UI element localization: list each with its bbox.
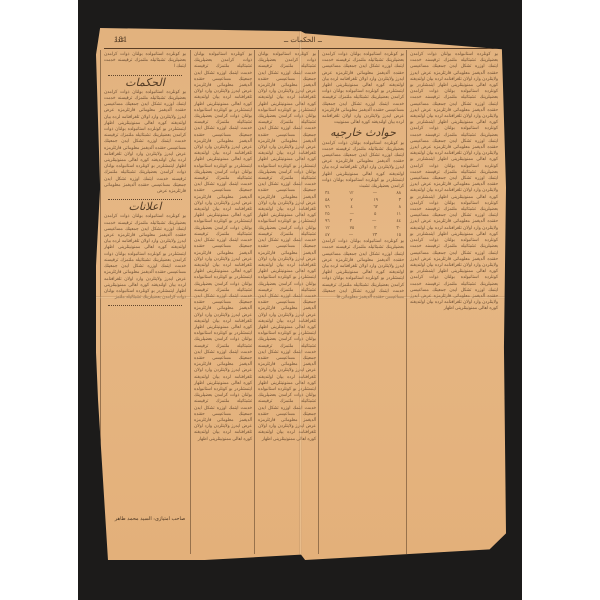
table-cell: ١٢ bbox=[325, 225, 330, 232]
publisher-signature: صاحب امتيازى: السيد محمد طاهر bbox=[110, 516, 190, 522]
horizontal-fold bbox=[96, 296, 506, 299]
table-row: ٥٨٧١٩٣ bbox=[325, 197, 401, 204]
column-1-text-bottom: بو كونلرده استانبولده بولنان ذوات كرامدن… bbox=[104, 214, 186, 301]
table-cell: ٤٤ bbox=[396, 218, 401, 225]
table-cell: ٧ bbox=[350, 197, 352, 204]
table-cell: ٣٠ bbox=[396, 225, 401, 232]
table-cell: ٣ bbox=[399, 197, 401, 204]
table-cell: ٢٥ bbox=[325, 211, 330, 218]
table-cell: ٦٢ bbox=[373, 204, 378, 211]
table-cell: ٣ bbox=[350, 218, 352, 225]
table-cell: ١٢ bbox=[349, 190, 354, 197]
table-row: ٩٦٣—٤٤ bbox=[325, 218, 401, 225]
column-4-content: بو كونلرده استانبولده بولنان ذوات كرامدن… bbox=[319, 50, 407, 558]
column-1-content: بو كونلرده استانبولده بولنان ذوات كرامدن… bbox=[101, 50, 189, 558]
table-cell: ٨٨ bbox=[396, 190, 401, 197]
heading-hikmet: الحكمات bbox=[104, 80, 186, 86]
column-4: بو كونلرده استانبولده بولنان ذوات كرامدن… bbox=[318, 50, 407, 554]
newspaper-page: ٤ لغتنامه ــ الحكمات ــ 181 عدد بو كونلر… bbox=[96, 28, 506, 560]
table-cell: ٢ bbox=[374, 225, 376, 232]
table-row: ٣٤١٢—٨٨ bbox=[325, 190, 401, 197]
table-cell: — bbox=[372, 218, 376, 225]
table-cell: ٧٥ bbox=[350, 225, 355, 232]
column-1-text-top: بو كونلرده استانبولده بولنان ذوات كرامدن… bbox=[104, 52, 186, 71]
table-cell: ١١ bbox=[396, 211, 401, 218]
table-cell: ٩٦ bbox=[325, 218, 330, 225]
dotted-divider bbox=[108, 305, 182, 306]
column-5: بو كونلرده استانبولده بولنان ذوات كرامدن… bbox=[406, 50, 501, 554]
column-1: بو كونلرده استانبولده بولنان ذوات كرامدن… bbox=[100, 50, 189, 554]
table-row: ٢٥—٥١١ bbox=[325, 211, 401, 218]
column-4-text-mid: بو كونلرده استانبولده بولنان ذوات كرامدن… bbox=[322, 141, 404, 191]
column-3-text: بو كونلرده استانبولده بولنان ذوات كرامدن… bbox=[255, 50, 319, 558]
column-1-text-mid: بو كونلرده استانبولده بولنان ذوات كرامدن… bbox=[104, 90, 186, 195]
column-2: بو كونلرده استانبولده بولنان ذوات كرامدن… bbox=[190, 50, 255, 554]
newspaper-title: ــ الحكمات ــ bbox=[284, 36, 322, 44]
table-cell: ٧٦ bbox=[325, 204, 330, 211]
issue-label: عدد bbox=[114, 36, 125, 44]
column-4-text-bottom: بو كونلرده استانبولده بولنان ذوات كرامدن… bbox=[322, 239, 404, 301]
statistics-table: ٣٤١٢—٨٨٥٨٧١٩٣٧٦٤٦٢٨٢٥—٥١١٩٦٣—٤٤١٢٧٥٢٣٠٤٧… bbox=[322, 190, 404, 239]
table-cell: ٥٨ bbox=[325, 197, 330, 204]
vertical-fold bbox=[299, 28, 302, 560]
column-4-text-top: بو كونلرده استانبولده بولنان ذوات كرامدن… bbox=[322, 52, 404, 126]
table-cell: ٤ bbox=[350, 204, 352, 211]
table-cell: ٥ bbox=[374, 211, 376, 218]
column-2-text: بو كونلرده استانبولده بولنان ذوات كرامدن… bbox=[191, 50, 255, 558]
heading-foreign-news: حوادث خارجيه bbox=[322, 130, 404, 136]
heading-ilanlar: اعلانات bbox=[104, 204, 186, 210]
table-cell: — bbox=[350, 211, 354, 218]
table-row: ١٢٧٥٢٣٠ bbox=[325, 225, 401, 232]
table-cell: ٨ bbox=[399, 204, 401, 211]
table-cell: ٣٤ bbox=[325, 190, 330, 197]
column-3: بو كونلرده استانبولده بولنان ذوات كرامدن… bbox=[254, 50, 319, 554]
table-cell: ١٩ bbox=[373, 197, 378, 204]
column-5-text: بو كونلرده استانبولده بولنان ذوات كرامدن… bbox=[407, 50, 501, 558]
table-row: ٧٦٤٦٢٨ bbox=[325, 204, 401, 211]
table-cell: — bbox=[373, 190, 377, 197]
